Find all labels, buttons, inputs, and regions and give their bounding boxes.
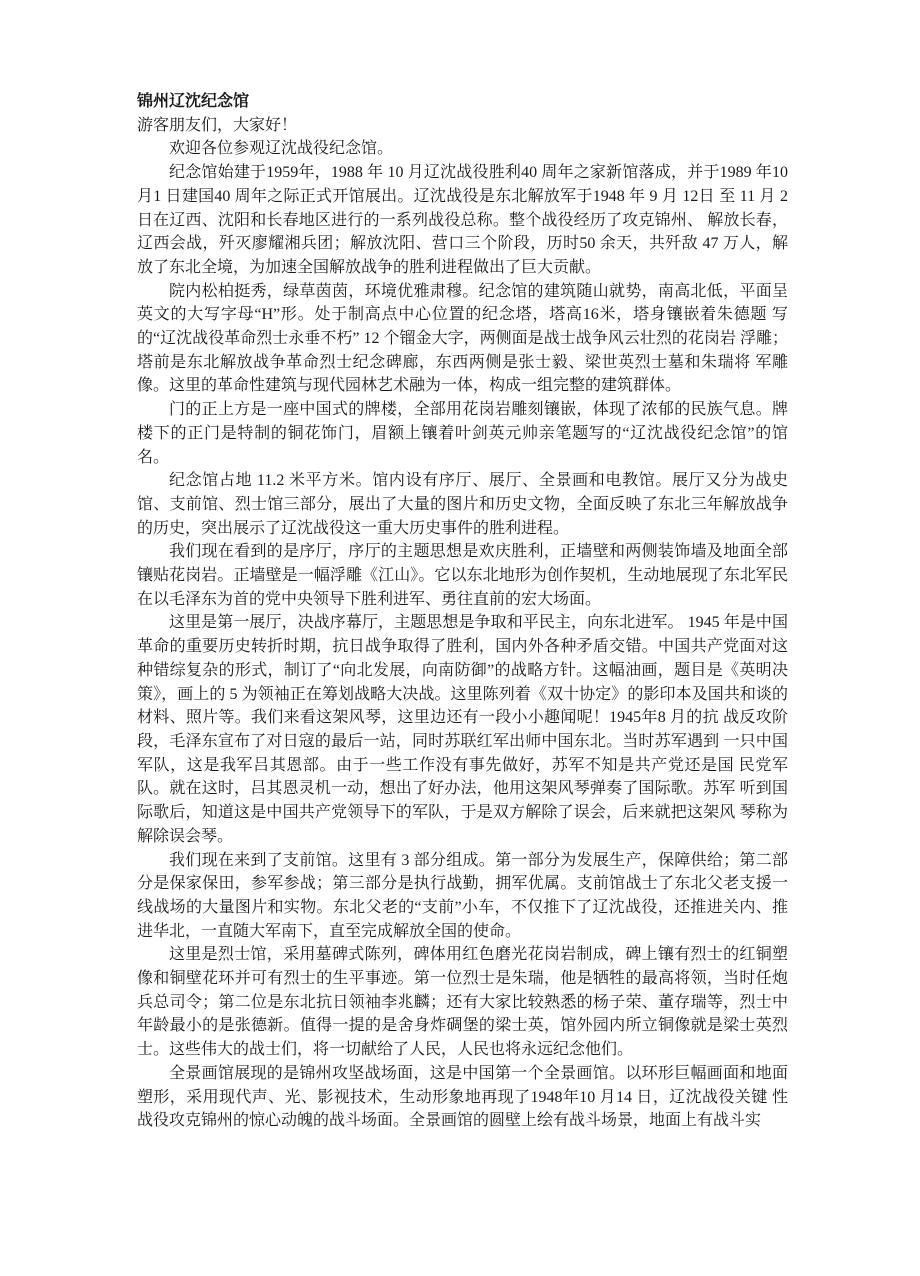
- document-body: 欢迎各位参观辽沈战役纪念馆。纪念馆始建于1959年，1988 年 10 月辽沈战…: [137, 137, 788, 1133]
- paragraph: 纪念馆占地 11.2 米平方米。馆内设有序厅、展厅、全景画和电教馆。展厅又分为战…: [137, 469, 788, 540]
- paragraph: 这里是烈士馆，采用墓碑式陈列，碑体用红色磨光花岗岩制成，碑上镶有烈士的红铜塑像和…: [137, 943, 788, 1062]
- paragraph: 欢迎各位参观辽沈战役纪念馆。: [137, 137, 788, 161]
- paragraph: 这里是第一展厅，决战序幕厅，主题思想是争取和平民主，向东北进军。 1945 年是…: [137, 611, 788, 848]
- paragraph: 门的正上方是一座中国式的牌楼，全部用花岗岩雕刻镶嵌，体现了浓郁的民族气息。牌楼下…: [137, 398, 788, 469]
- paragraph: 我们现在看到的是序厅，序厅的主题思想是欢庆胜利，正墙壁和两侧装饰墙及地面全部镶贴…: [137, 540, 788, 611]
- paragraph: 全景画馆展现的是锦州攻坚战场面，这是中国第一个全景画馆。以环形巨幅画面和地面塑形…: [137, 1062, 788, 1133]
- document-content: 锦州辽沈纪念馆 游客朋友们，大家好！ 欢迎各位参观辽沈战役纪念馆。纪念馆始建于1…: [137, 90, 788, 1133]
- document-title: 锦州辽沈纪念馆: [137, 90, 788, 114]
- paragraph: 我们现在来到了支前馆。这里有 3 部分组成。第一部分为发展生产，保障供给；第二部…: [137, 849, 788, 944]
- document-page: 锦州辽沈纪念馆 游客朋友们，大家好！ 欢迎各位参观辽沈战役纪念馆。纪念馆始建于1…: [0, 0, 920, 1276]
- paragraph: 院内松柏挺秀，绿草茵茵，环境优雅肃穆。纪念馆的建筑随山就势，南高北低，平面呈英文…: [137, 280, 788, 399]
- paragraph: 纪念馆始建于1959年，1988 年 10 月辽沈战役胜利40 周年之家新馆落成…: [137, 161, 788, 280]
- greeting-line: 游客朋友们，大家好！: [137, 114, 788, 138]
